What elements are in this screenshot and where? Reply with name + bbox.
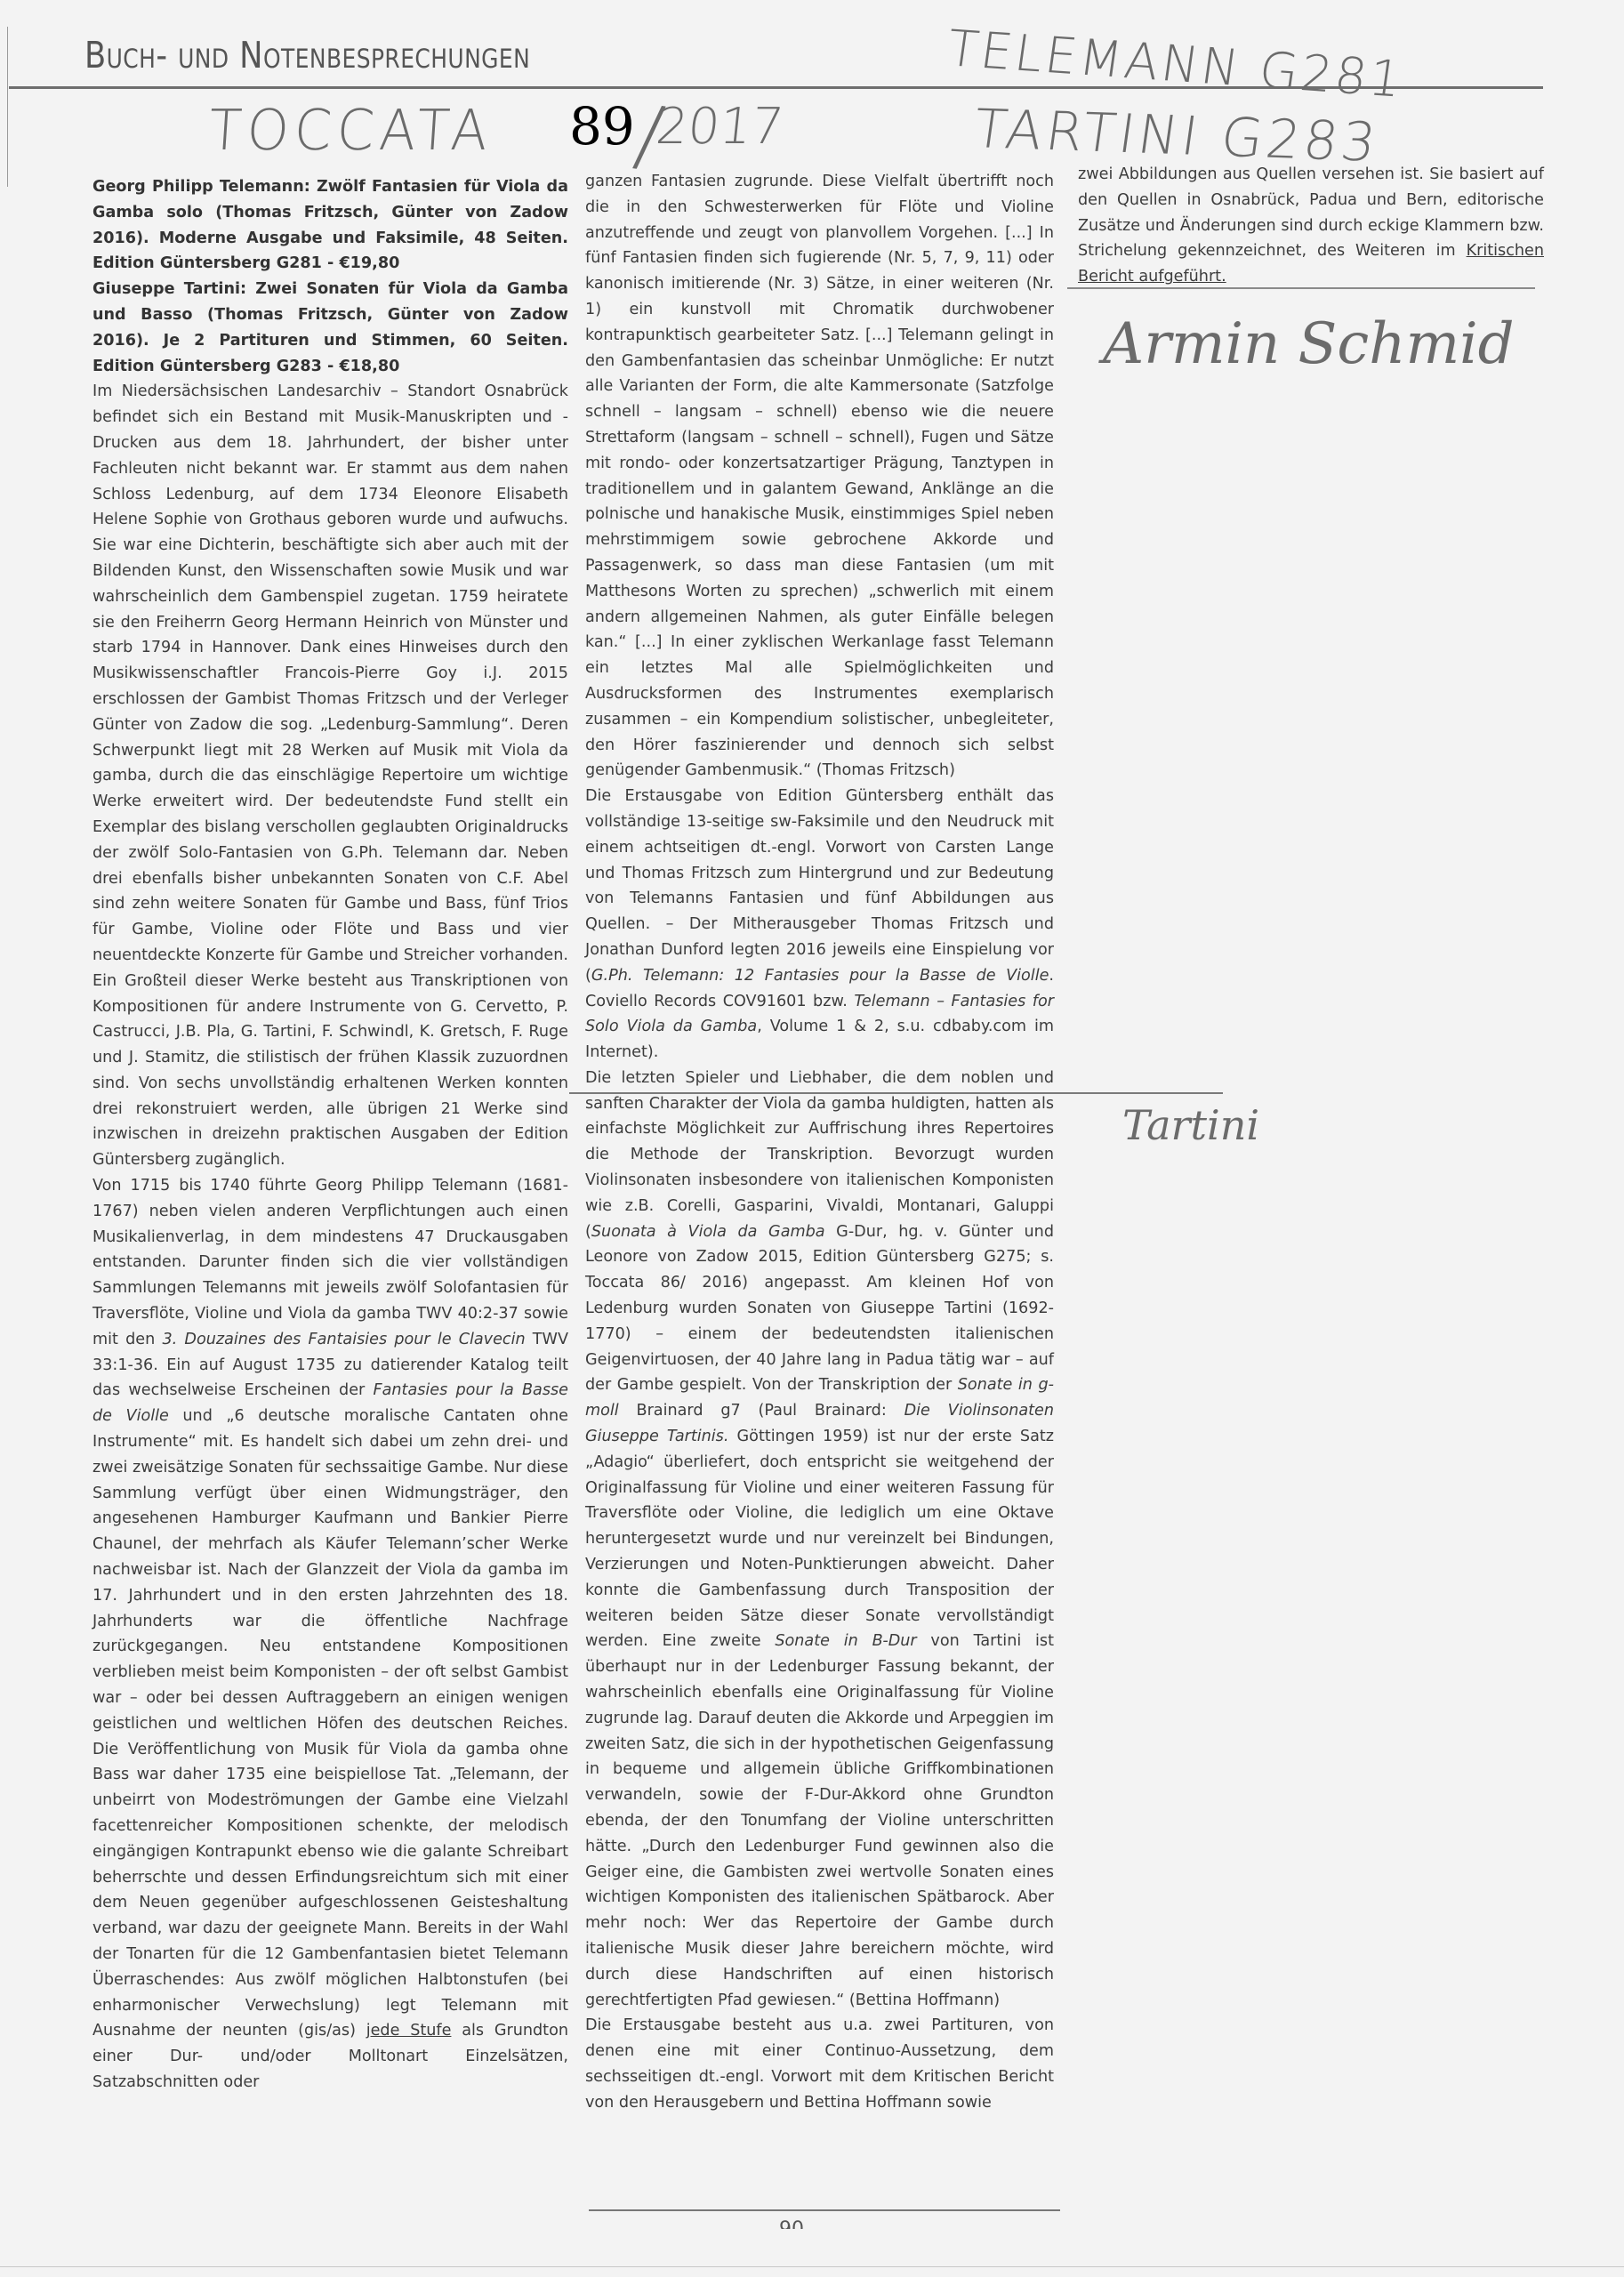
column-right: zwei Abbildungen aus Quellen versehen is… — [1078, 162, 1544, 290]
column-middle: ganzen Fantasien zugrunde. Diese Vielfal… — [585, 169, 1054, 2116]
column-left: Georg Philipp Telemann: Zwölf Fantasien … — [92, 174, 568, 2096]
paragraph-erstausgabe-telemann: Die Erstausgabe von Edition Güntersberg … — [585, 784, 1054, 1066]
title-douzaines: 3. Douzaines des Fantaisies pour le Clav… — [162, 1331, 525, 1348]
paragraph-erstausgabe-tartini: Die Erstausgabe besteht aus u.a. zwei Pa… — [585, 2013, 1054, 2115]
title-recording-fritzsch: G.Ph. Telemann: 12 Fantasies pour la Bas… — [591, 967, 1049, 985]
section-title: Buch- und Notenbesprechungen — [84, 34, 530, 76]
review-heading-tartini: Giuseppe Tartini: Zwei Sonaten für Viola… — [92, 277, 568, 379]
paragraph-ledenburg: Im Niedersächsischen Landesarchiv – Stan… — [92, 379, 568, 1173]
paragraph-telemann-publishing: Von 1715 bis 1740 führte Georg Philipp T… — [92, 1173, 568, 2096]
handwritten-toccata: TOCCATA — [207, 98, 495, 164]
handwritten-telemann-code: TELEMANN G281 — [944, 20, 1407, 109]
reviewer-signature: Armin Schmid — [1103, 311, 1515, 377]
paragraph-fantasien-analysis: ganzen Fantasien zugrunde. Diese Vielfal… — [585, 169, 1054, 784]
footer-rule — [589, 2209, 1060, 2211]
handwritten-year: 2017 — [654, 98, 786, 156]
review-heading-telemann: Georg Philipp Telemann: Zwölf Fantasien … — [92, 174, 568, 277]
issue-number-stamp: 89 — [569, 96, 635, 157]
review-end-rule — [1067, 287, 1535, 289]
handwritten-tartini-note: Tartini — [1122, 1101, 1259, 1149]
underlined-jede-stufe: jede Stufe — [366, 2022, 452, 2040]
paragraph-sources: zwei Abbildungen aus Quellen versehen is… — [1078, 162, 1544, 290]
scan-bottom-edge — [0, 2266, 1624, 2267]
title-suonata: Suonata à Viola da Gamba — [591, 1223, 825, 1241]
page-number: 90 — [779, 2220, 804, 2229]
scan-margin-line — [7, 27, 8, 187]
title-sonate-b-dur: Sonate in B-Dur — [775, 1632, 916, 1650]
handdrawn-divider-rule — [569, 1092, 1223, 1094]
paragraph-tartini-transcription: Die letzten Spieler und Liebhaber, die d… — [585, 1066, 1054, 2013]
